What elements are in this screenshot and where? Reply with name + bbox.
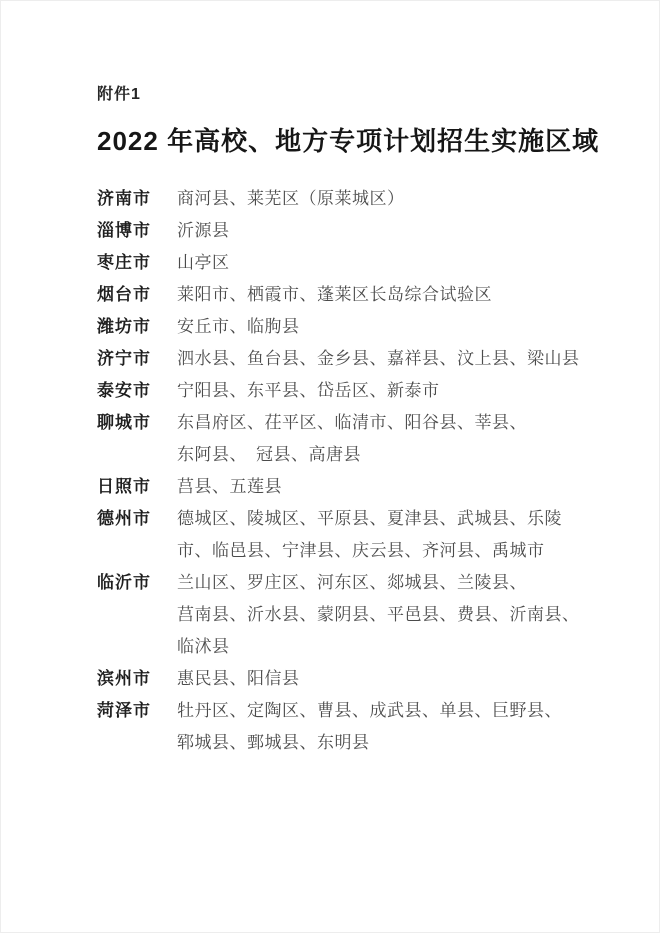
table-row: 淄博市 沂源县 xyxy=(97,215,565,247)
region-names: 惠民县、阳信县 xyxy=(177,663,565,695)
region-names: 沂源县 xyxy=(177,215,565,247)
region-line: 莱阳市、栖霞市、蓬莱区长岛综合试验区 xyxy=(177,279,565,311)
region-names: 莱阳市、栖霞市、蓬莱区长岛综合试验区 xyxy=(177,279,565,311)
region-names: 莒县、五莲县 xyxy=(177,471,565,503)
region-names: 东昌府区、茌平区、临清市、阳谷县、莘县、 东阿县、 冠县、高唐县 xyxy=(177,407,565,471)
document-page: 附件1 2022 年高校、地方专项计划招生实施区域 济南市 商河县、莱芜区（原莱… xyxy=(0,0,660,933)
region-list: 济南市 商河县、莱芜区（原莱城区） 淄博市 沂源县 枣庄市 山亭区 烟台市 莱阳… xyxy=(97,183,565,759)
table-row: 滨州市 惠民县、阳信县 xyxy=(97,663,565,695)
city-name: 烟台市 xyxy=(97,279,177,311)
region-line: 牡丹区、定陶区、曹县、成武县、单县、巨野县、 xyxy=(177,695,565,727)
city-name: 济南市 xyxy=(97,183,177,215)
table-row: 菏泽市 牡丹区、定陶区、曹县、成武县、单县、巨野县、 郓城县、鄄城县、东明县 xyxy=(97,695,565,759)
region-line: 安丘市、临朐县 xyxy=(177,311,565,343)
region-line: 德城区、陵城区、平原县、夏津县、武城县、乐陵 xyxy=(177,503,565,535)
region-names: 德城区、陵城区、平原县、夏津县、武城县、乐陵 市、临邑县、宁津县、庆云县、齐河县… xyxy=(177,503,565,567)
city-name: 济宁市 xyxy=(97,343,177,375)
region-names: 商河县、莱芜区（原莱城区） xyxy=(177,183,565,215)
city-name: 日照市 xyxy=(97,471,177,503)
table-row: 聊城市 东昌府区、茌平区、临清市、阳谷县、莘县、 东阿县、 冠县、高唐县 xyxy=(97,407,565,471)
table-row: 日照市 莒县、五莲县 xyxy=(97,471,565,503)
region-line: 市、临邑县、宁津县、庆云县、齐河县、禹城市 xyxy=(177,535,565,567)
region-names: 泗水县、鱼台县、金乡县、嘉祥县、汶上县、梁山县 xyxy=(177,343,565,375)
table-row: 德州市 德城区、陵城区、平原县、夏津县、武城县、乐陵 市、临邑县、宁津县、庆云县… xyxy=(97,503,565,567)
city-name: 临沂市 xyxy=(97,567,177,599)
region-line: 沂源县 xyxy=(177,215,565,247)
region-line: 莒南县、沂水县、蒙阴县、平邑县、费县、沂南县、 xyxy=(177,599,565,631)
table-row: 临沂市 兰山区、罗庄区、河东区、郯城县、兰陵县、 莒南县、沂水县、蒙阴县、平邑县… xyxy=(97,567,565,663)
region-line: 山亭区 xyxy=(177,247,565,279)
region-line: 商河县、莱芜区（原莱城区） xyxy=(177,183,565,215)
table-row: 济南市 商河县、莱芜区（原莱城区） xyxy=(97,183,565,215)
city-name: 聊城市 xyxy=(97,407,177,439)
region-line: 惠民县、阳信县 xyxy=(177,663,565,695)
table-row: 烟台市 莱阳市、栖霞市、蓬莱区长岛综合试验区 xyxy=(97,279,565,311)
city-name: 滨州市 xyxy=(97,663,177,695)
region-line: 泗水县、鱼台县、金乡县、嘉祥县、汶上县、梁山县 xyxy=(177,343,565,375)
region-line: 兰山区、罗庄区、河东区、郯城县、兰陵县、 xyxy=(177,567,565,599)
page-title: 2022 年高校、地方专项计划招生实施区域 xyxy=(97,125,565,157)
region-line: 莒县、五莲县 xyxy=(177,471,565,503)
table-row: 潍坊市 安丘市、临朐县 xyxy=(97,311,565,343)
region-names: 牡丹区、定陶区、曹县、成武县、单县、巨野县、 郓城县、鄄城县、东明县 xyxy=(177,695,565,759)
region-names: 山亭区 xyxy=(177,247,565,279)
region-names: 兰山区、罗庄区、河东区、郯城县、兰陵县、 莒南县、沂水县、蒙阴县、平邑县、费县、… xyxy=(177,567,565,663)
region-line: 宁阳县、东平县、岱岳区、新泰市 xyxy=(177,375,565,407)
table-row: 济宁市 泗水县、鱼台县、金乡县、嘉祥县、汶上县、梁山县 xyxy=(97,343,565,375)
region-line: 临沭县 xyxy=(177,631,565,663)
region-names: 安丘市、临朐县 xyxy=(177,311,565,343)
attachment-label: 附件1 xyxy=(97,85,565,105)
city-name: 德州市 xyxy=(97,503,177,535)
region-names: 宁阳县、东平县、岱岳区、新泰市 xyxy=(177,375,565,407)
table-row: 枣庄市 山亭区 xyxy=(97,247,565,279)
city-name: 枣庄市 xyxy=(97,247,177,279)
region-line: 东阿县、 冠县、高唐县 xyxy=(177,439,565,471)
region-line: 东昌府区、茌平区、临清市、阳谷县、莘县、 xyxy=(177,407,565,439)
region-line: 郓城县、鄄城县、东明县 xyxy=(177,727,565,759)
city-name: 淄博市 xyxy=(97,215,177,247)
table-row: 泰安市 宁阳县、东平县、岱岳区、新泰市 xyxy=(97,375,565,407)
city-name: 菏泽市 xyxy=(97,695,177,727)
city-name: 潍坊市 xyxy=(97,311,177,343)
city-name: 泰安市 xyxy=(97,375,177,407)
